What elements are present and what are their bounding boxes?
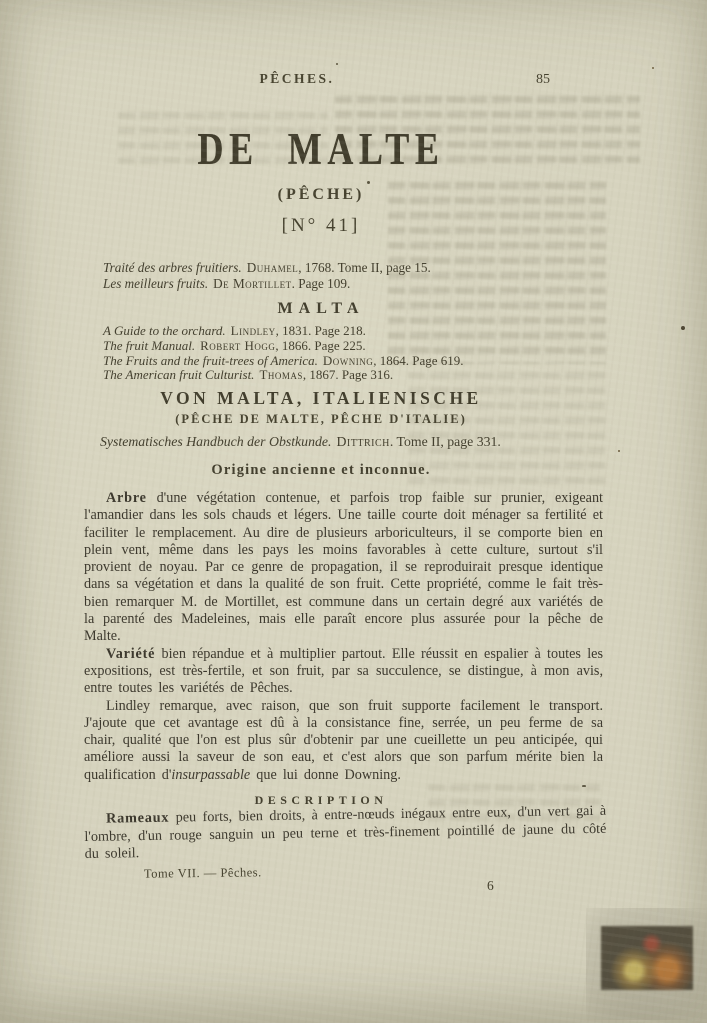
synonym-heading-von-malta: VON MALTA, ITALIENISCHE: [84, 388, 558, 409]
bibliography-entry: Les meilleurs fruits.De Mortillet. Page …: [103, 276, 603, 292]
paragraph-lead-word: Variété: [106, 646, 155, 662]
catalog-number: [N° 41]: [84, 215, 558, 237]
foxing-speck: [618, 450, 620, 452]
emphasized-word: insurpassable: [171, 767, 250, 783]
reference-detail: , 1867. Page 316.: [303, 367, 393, 382]
bibliography-entry: The American fruit Culturist.Thomas, 186…: [103, 368, 603, 383]
foxing-speck: [582, 785, 586, 787]
body-text: Arbre d'une végétation contenue, et parf…: [84, 490, 603, 784]
foxing-speck: [681, 326, 685, 330]
author-name: Dittrich: [336, 434, 389, 449]
work-title: The American fruit Culturist.: [103, 367, 254, 382]
paragraph-text: d'une végétation contenue, et parfois tr…: [84, 490, 603, 644]
origin-note: Origine ancienne et inconnue.: [84, 462, 558, 479]
author-name: Downing: [323, 353, 373, 368]
author-name: Thomas: [259, 367, 302, 382]
page-subtitle: (PÊCHE): [84, 186, 558, 204]
page-title: DE MALTE: [131, 127, 510, 172]
work-title: A Guide to the orchard.: [103, 323, 226, 338]
paragraph-lead-word: Rameaux: [106, 810, 169, 827]
paragraph-variete: Variété bien répandue et à multiplier pa…: [84, 646, 603, 698]
work-title: Traité des arbres fruitiers.: [103, 260, 242, 275]
bibliography-list-main: Traité des arbres fruitiers.Duhamel, 176…: [103, 260, 603, 292]
bibliography-entry: The fruit Manual.Robert Hogg, 1866. Page…: [103, 339, 603, 354]
scanned-book-page: PÊCHES. 85 DE MALTE (PÊCHE) [N° 41] Trai…: [0, 0, 707, 1023]
author-name: Lindley: [231, 323, 276, 338]
foxing-speck: [367, 181, 370, 184]
foxing-speck: [652, 67, 654, 69]
work-title: The fruit Manual.: [103, 338, 195, 353]
signature-number: 6: [487, 878, 494, 894]
paragraph-text: que lui donne Downing.: [250, 767, 401, 783]
description-text: Rameaux peu forts, bien droits, à entre-…: [84, 803, 607, 864]
bibliography-entry: Systematisches Handbuch der Obstkunde.Di…: [100, 434, 600, 450]
reference-detail: , 1866. Page 225.: [275, 338, 365, 353]
synonym-subheading: (PÊCHE DE MALTE, PÊCHE D'ITALIE): [84, 412, 558, 427]
paragraph-lindley: Lindley remarque, avec raison, que son f…: [84, 698, 603, 784]
reference-detail: . Page 109.: [292, 276, 351, 291]
volume-footer-note: Tome VII. — Pêches.: [144, 865, 262, 881]
bibliography-entry: The Fruits and the fruit-trees of Americ…: [103, 354, 603, 369]
paragraph-rameaux: Rameaux peu forts, bien droits, à entre-…: [84, 803, 607, 864]
author-name: Robert Hogg: [200, 338, 275, 353]
author-name: De Mortillet: [213, 276, 292, 291]
paragraph-arbre: Arbre d'une végétation contenue, et parf…: [84, 490, 603, 646]
work-title: Les meilleurs fruits.: [103, 276, 208, 291]
paragraph-lead-word: Arbre: [106, 490, 147, 506]
bibliography-list-german: Systematisches Handbuch der Obstkunde.Di…: [100, 434, 600, 450]
bibliography-list-malta: A Guide to the orchard.Lindley, 1831. Pa…: [103, 324, 603, 383]
reference-detail: , 1831. Page 218.: [276, 323, 366, 338]
synonym-heading-malta: MALTA: [84, 300, 558, 318]
work-title: The Fruits and the fruit-trees of Americ…: [103, 353, 318, 368]
page-number: 85: [536, 72, 550, 88]
reference-detail: . Tome II, page 331.: [390, 434, 501, 449]
reference-detail: , 1768. Tome II, page 15.: [298, 260, 431, 275]
reference-detail: , 1864. Page 619.: [373, 353, 463, 368]
work-title: Systematisches Handbuch der Obstkunde.: [100, 434, 331, 449]
fruit-photo-watermark: [601, 926, 693, 990]
foxing-speck: [336, 63, 338, 65]
paragraph-text: bien répandue et à multiplier partout. E…: [84, 646, 603, 697]
running-title: PÊCHES.: [60, 71, 534, 87]
author-name: Duhamel: [247, 260, 299, 275]
bibliography-entry: Traité des arbres fruitiers.Duhamel, 176…: [103, 260, 603, 276]
bibliography-entry: A Guide to the orchard.Lindley, 1831. Pa…: [103, 324, 603, 339]
